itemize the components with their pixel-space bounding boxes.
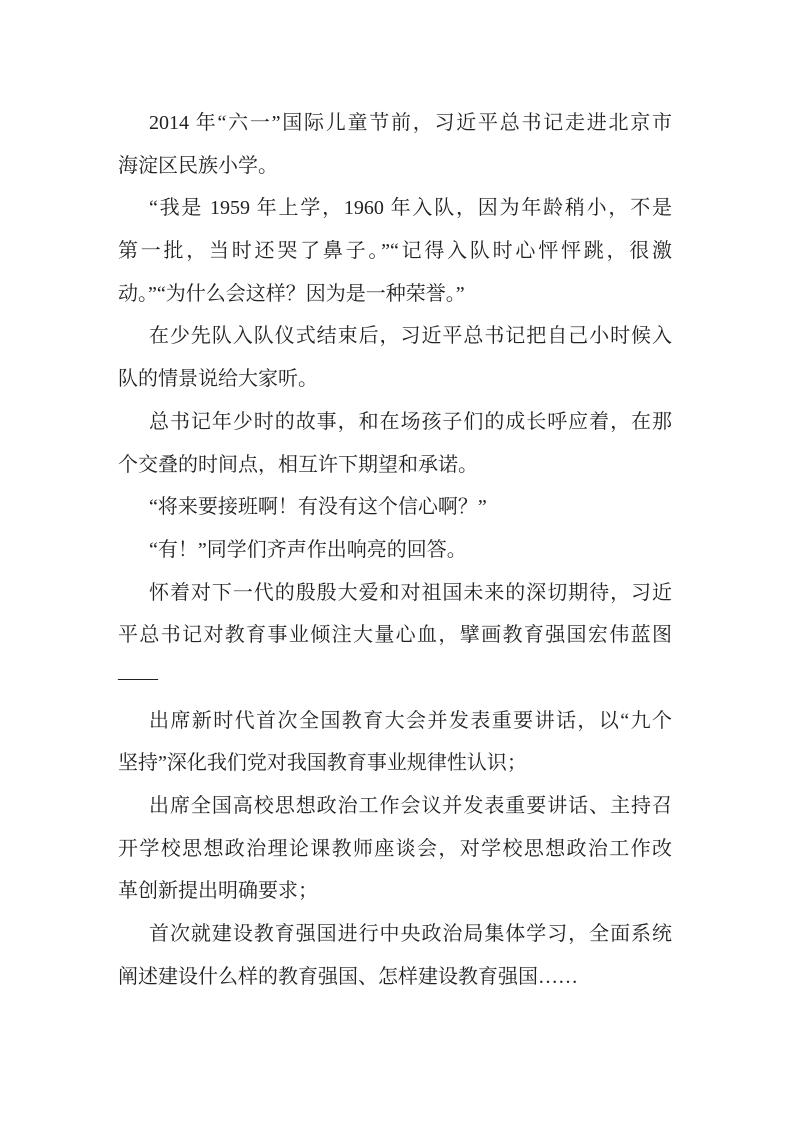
text-line: 队的情景说给大家听。: [118, 358, 672, 401]
text-line: 出席新时代首次全国教育大会并发表重要讲话，以“九个: [118, 700, 672, 743]
text-line: 出席全国高校思想政治工作会议并发表重要讲话、主持召: [118, 785, 672, 828]
text-line: 在少先队入队仪式结束后，习近平总书记把自己小时候入: [118, 315, 672, 358]
document-page: 2014 年“六一”国际儿童节前，习近平总书记走进北京市海淀区民族小学。“我是 …: [0, 0, 793, 1122]
text-line: 动。”“为什么会这样？因为是一种荣誉。”: [118, 273, 672, 316]
text-line: 革创新提出明确要求；: [118, 870, 672, 913]
text-line: 怀着对下一代的殷殷大爱和对祖国未来的深切期待，习近: [118, 572, 672, 615]
text-line: 坚持”深化我们党对我国教育事业规律性认识；: [118, 742, 672, 785]
text-line: “我是 1959 年上学，1960 年入队，因为年龄稍小，不是: [118, 187, 672, 230]
text-line: “有！”同学们齐声作出响亮的回答。: [118, 529, 672, 572]
text-line: 阐述建设什么样的教育强国、怎样建设教育强国……: [118, 956, 672, 999]
text-line: 平总书记对教育事业倾注大量心血，擘画教育强国宏伟蓝图: [118, 614, 672, 657]
text-line: 首次就建设教育强国进行中央政治局集体学习，全面系统: [118, 913, 672, 956]
text-line: 海淀区民族小学。: [118, 145, 672, 188]
text-line: ——: [118, 657, 672, 700]
document-body: 2014 年“六一”国际儿童节前，习近平总书记走进北京市海淀区民族小学。“我是 …: [118, 102, 672, 998]
text-line: 总书记年少时的故事，和在场孩子们的成长呼应着，在那: [118, 401, 672, 444]
text-line: “将来要接班啊！有没有这个信心啊？”: [118, 486, 672, 529]
text-line: 2014 年“六一”国际儿童节前，习近平总书记走进北京市: [118, 102, 672, 145]
text-line: 个交叠的时间点，相互许下期望和承诺。: [118, 444, 672, 487]
text-line: 开学校思想政治理论课教师座谈会，对学校思想政治工作改: [118, 828, 672, 871]
text-line: 第一批，当时还哭了鼻子。”“记得入队时心怦怦跳，很激: [118, 230, 672, 273]
